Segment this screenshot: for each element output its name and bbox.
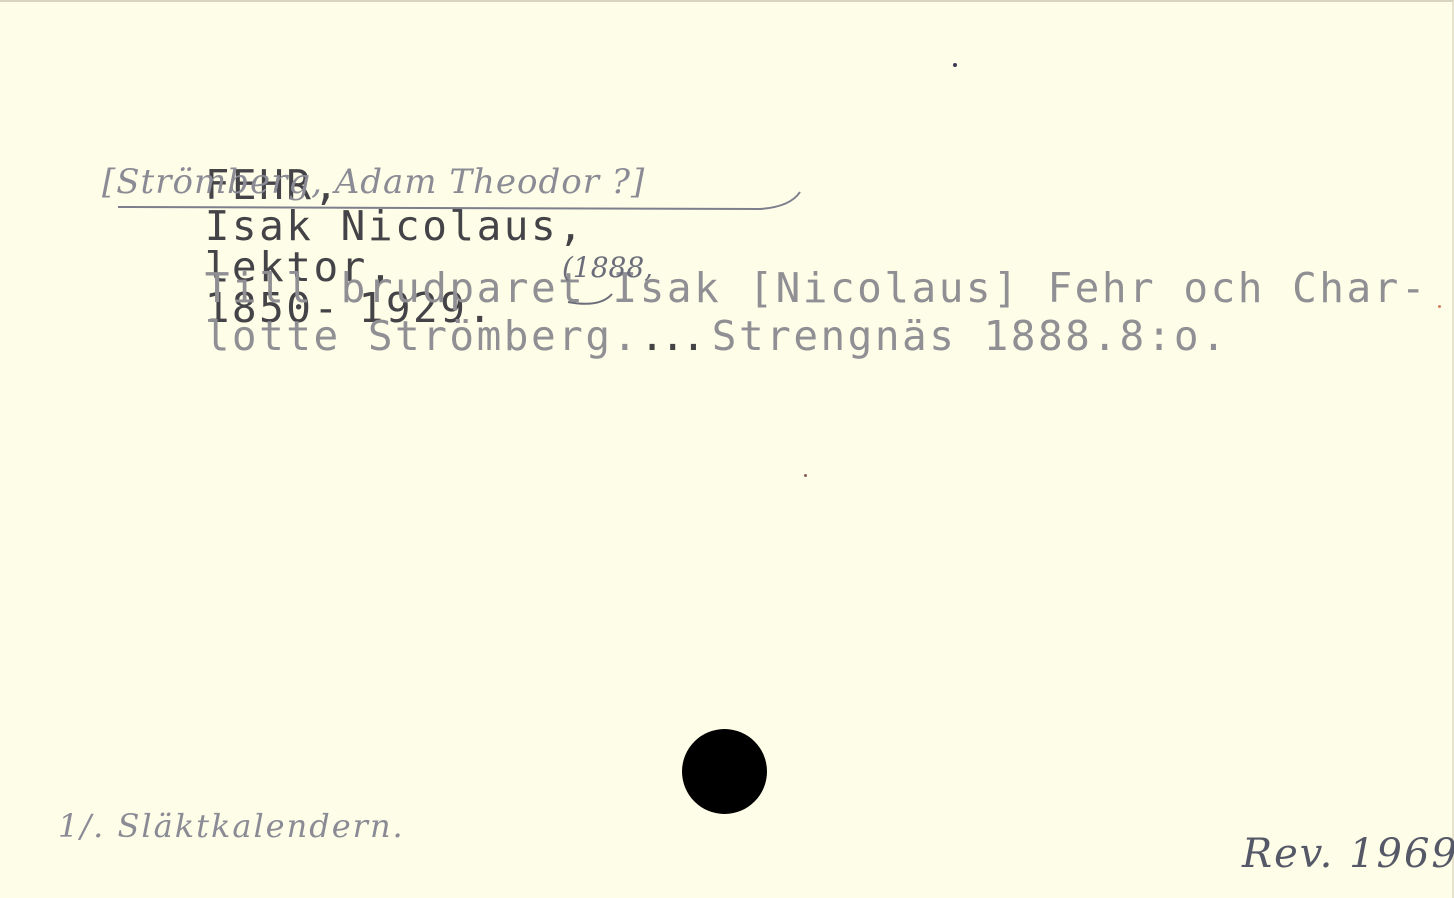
ink-speck (953, 63, 957, 67)
ink-speck (804, 474, 807, 477)
title-line-2-part-a: lotte Strömberg. (205, 312, 640, 360)
catalog-card: FEHR, Isak Nicolaus, lektor, 1850-1929. … (0, 0, 1454, 898)
revision-note: Rev. 1969 (1242, 834, 1454, 874)
handwritten-year-annotation: (1888, (562, 254, 653, 282)
title-line-2-ellipsis: ... (640, 312, 702, 360)
punch-hole (682, 729, 767, 814)
title-line-2: lotte Strömberg....Strengnäs 1888.8:o. (96, 275, 1228, 398)
title-line-2-part-b: Strengnäs 1888.8:o. (712, 312, 1229, 360)
handwritten-footnote: 1/. Släktkalendern. (58, 810, 405, 842)
ink-speck (1438, 305, 1441, 308)
handwritten-cross-reference: [Strömberg, Adam Theodor ?] (102, 165, 645, 199)
